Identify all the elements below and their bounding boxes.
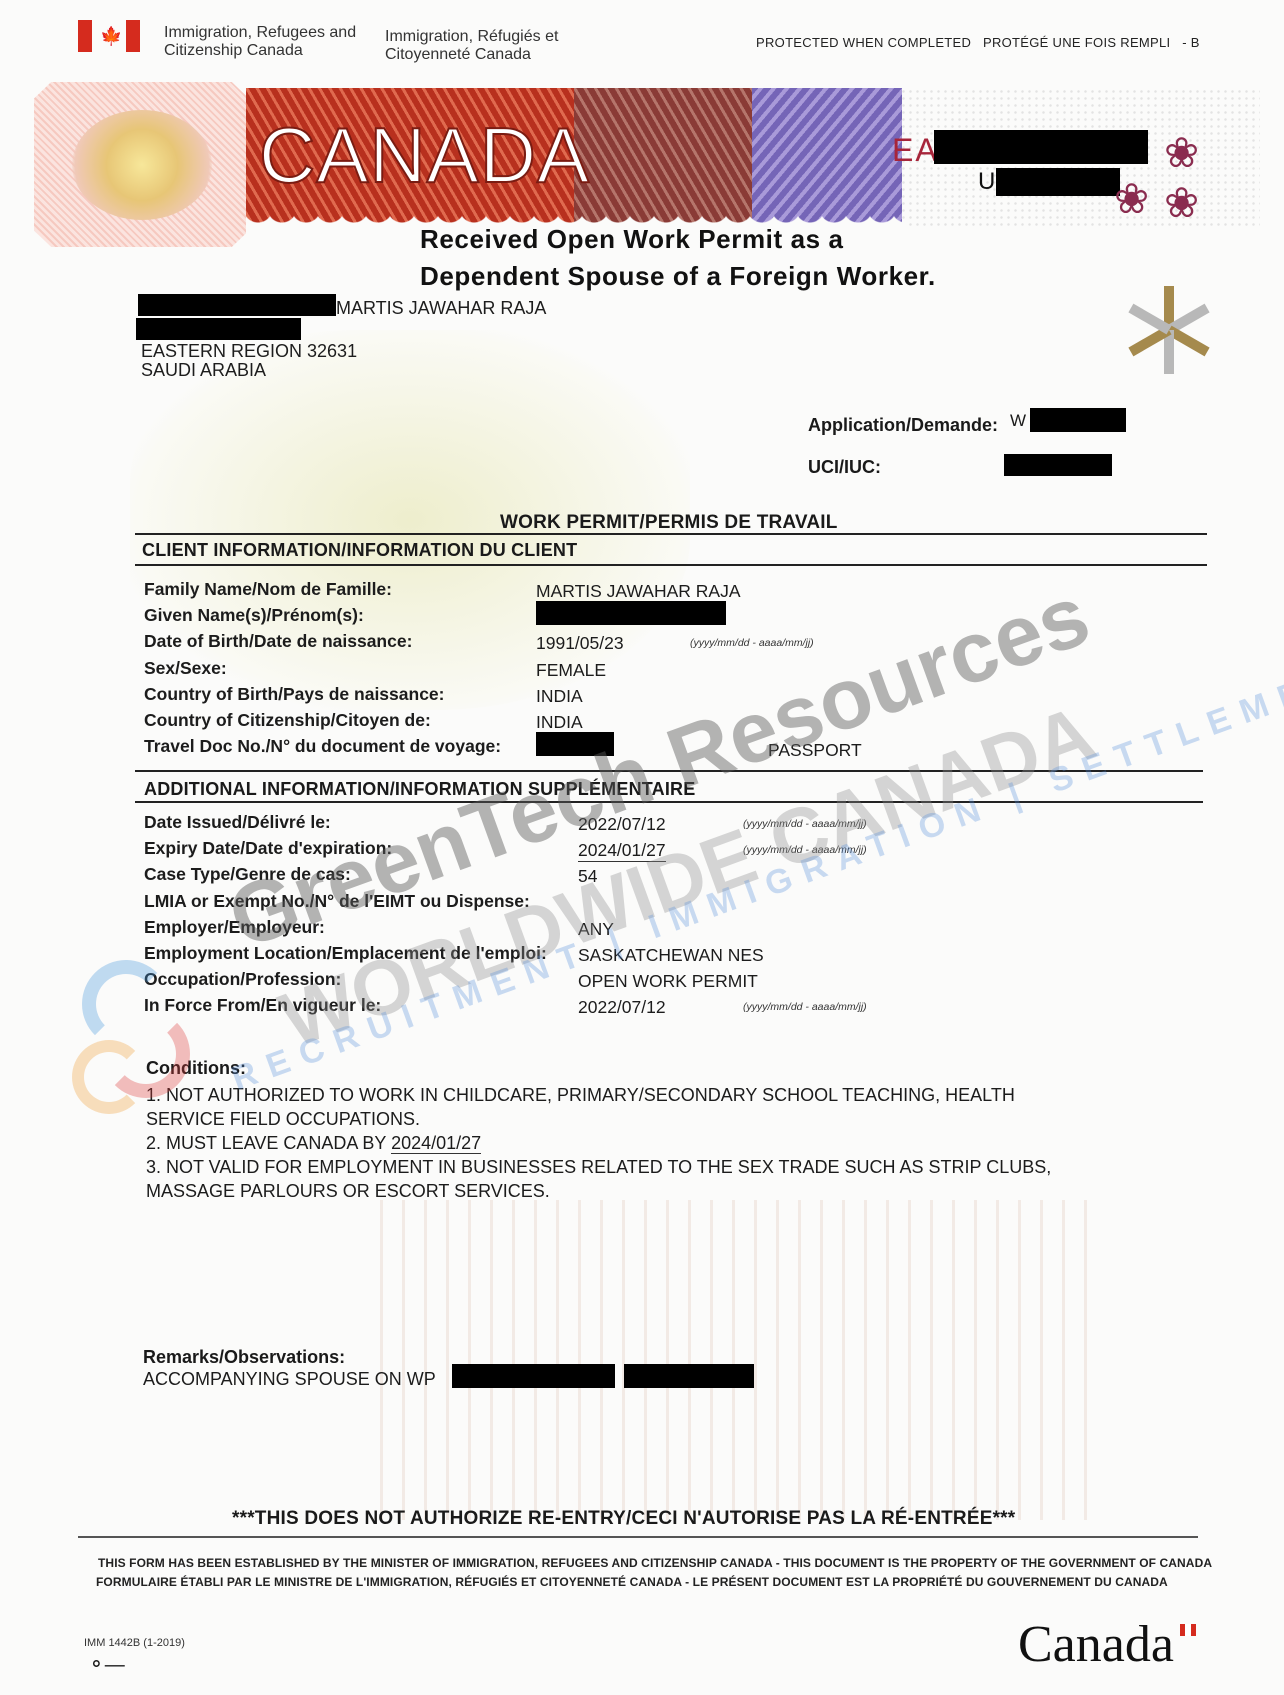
- field-value: 1991/05/23: [536, 633, 624, 654]
- field-label: LMIA or Exempt No./N° de l'EIMT ou Dispe…: [144, 891, 530, 912]
- watermark-logo: [72, 960, 192, 1110]
- redacted-value: [536, 601, 726, 625]
- work-permit-document: 🍁 Immigration, Refugees andCitizenship C…: [0, 0, 1284, 1695]
- application-number-label: Application/Demande:: [808, 415, 998, 436]
- redacted-application-number: [1030, 408, 1126, 432]
- date-format-hint: (yyyy/mm/dd - aaaa/mm/jj): [743, 1001, 867, 1013]
- coat-of-arms-emblem: [34, 82, 249, 247]
- address-region: EASTERN REGION 32631: [141, 341, 357, 361]
- legal-notice-fr: FORMULAIRE ÉTABLI PAR LE MINISTRE DE L'I…: [96, 1575, 1168, 1589]
- redacted-given-name: [138, 294, 336, 316]
- form-number: IMM 1442B (1-2019): [84, 1637, 185, 1649]
- condition-line: MASSAGE PARLOURS OR ESCORT SERVICES.: [146, 1179, 1051, 1203]
- field-label: Employment Location/Emplacement de l'emp…: [144, 943, 547, 964]
- parliament-background: [380, 1200, 1100, 1520]
- canada-flag-icon: 🍁: [78, 20, 140, 52]
- field-value: FEMALE: [536, 660, 606, 681]
- conditions-list: 1. NOT AUTHORIZED TO WORK IN CHILDCARE, …: [146, 1083, 1051, 1203]
- annotation-line-2: Dependent Spouse of a Foreign Worker.: [420, 261, 936, 292]
- address-name: MARTIS JAWAHAR RAJA: [336, 298, 546, 318]
- field-label: Date Issued/Délivré le:: [144, 812, 331, 833]
- banner-country-word: CANADA: [259, 110, 590, 201]
- redacted-wp-date: [624, 1364, 754, 1388]
- date-format-hint: (yyyy/mm/dd - aaaa/mm/jj): [690, 637, 814, 649]
- travel-doc-type: PASSPORT: [768, 740, 862, 761]
- uci-label: UCI/IUC:: [808, 457, 881, 478]
- legal-notice-en: THIS FORM HAS BEEN ESTABLISHED BY THE MI…: [98, 1556, 1212, 1570]
- field-value: INDIA: [536, 686, 583, 707]
- maple-leaf-icon: ❀: [1114, 178, 1149, 220]
- field-label: Travel Doc No./N° du document de voyage:: [144, 736, 501, 757]
- date-format-hint: (yyyy/mm/dd - aaaa/mm/jj): [743, 844, 867, 856]
- canada-wordmark: Canada: [1018, 1615, 1174, 1674]
- redacted-value: [536, 732, 614, 756]
- divider: [135, 770, 1203, 772]
- maple-leaf-icon: ❀: [1164, 182, 1199, 224]
- document-title: WORK PERMIT/PERMIS DE TRAVAIL: [500, 512, 838, 534]
- remarks-text: ACCOMPANYING SPOUSE ON WP: [143, 1367, 436, 1391]
- field-value: 2024/01/27: [578, 840, 666, 862]
- remarks-title: Remarks/Observations:: [143, 1347, 345, 1368]
- field-label: Given Name(s)/Prénom(s):: [144, 605, 364, 626]
- condition-line: SERVICE FIELD OCCUPATIONS.: [146, 1107, 1051, 1131]
- protected-notice: PROTECTED WHEN COMPLETED PROTÉGÉ UNE FOI…: [756, 35, 1200, 50]
- field-value: 54: [578, 866, 597, 887]
- redacted-uci-number: [1004, 454, 1112, 476]
- redacted-address-line: [136, 318, 301, 340]
- additional-info-section-title: ADDITIONAL INFORMATION/INFORMATION SUPPL…: [144, 779, 695, 800]
- wordmark-flag-icon: [1180, 1624, 1196, 1636]
- reentry-notice: ***THIS DOES NOT AUTHORIZE RE-ENTRY/CECI…: [232, 1508, 1015, 1530]
- divider: [135, 564, 1207, 566]
- condition-line: 3. NOT VALID FOR EMPLOYMENT IN BUSINESSE…: [146, 1155, 1051, 1179]
- field-label: Country of Birth/Pays de naissance:: [144, 684, 445, 705]
- field-value: MARTIS JAWAHAR RAJA: [536, 581, 741, 602]
- field-label: Family Name/Nom de Famille:: [144, 579, 392, 600]
- field-value: INDIA: [536, 712, 583, 733]
- field-label: Case Type/Genre de cas:: [144, 864, 351, 885]
- document-serial-number: EA: [892, 132, 939, 169]
- field-label: Sex/Sexe:: [144, 658, 227, 679]
- field-value: 2022/07/12: [578, 997, 666, 1018]
- address-country: SAUDI ARABIA: [141, 360, 266, 380]
- divider: [78, 1536, 1198, 1538]
- divider: [135, 801, 1203, 803]
- divider: [135, 533, 1207, 535]
- leave-by-date: 2024/01/27: [391, 1133, 481, 1154]
- redacted-wp-number: [452, 1364, 615, 1388]
- department-name-fr: Immigration, Réfugiés etCitoyenneté Cana…: [385, 28, 558, 64]
- client-info-section-title: CLIENT INFORMATION/INFORMATION DU CLIENT: [142, 540, 577, 561]
- security-banner: CANADA EA U ❀ ❀ ❀: [34, 82, 1260, 242]
- field-label: Country of Citizenship/Citoyen de:: [144, 710, 431, 731]
- redacted-serial-line2: [996, 168, 1120, 196]
- field-value: ANY: [578, 919, 614, 940]
- snowflake-hologram-icon: [1120, 282, 1216, 378]
- field-label: Date of Birth/Date de naissance:: [144, 631, 412, 652]
- date-format-hint: (yyyy/mm/dd - aaaa/mm/jj): [743, 818, 867, 830]
- department-name-en: Immigration, Refugees andCitizenship Can…: [164, 24, 356, 60]
- field-label: Expiry Date/Date d'expiration:: [144, 838, 392, 859]
- redacted-serial: [934, 130, 1148, 164]
- field-value: OPEN WORK PERMIT: [578, 971, 758, 992]
- field-value: 2022/07/12: [578, 814, 666, 835]
- application-number-prefix: W: [1010, 411, 1026, 431]
- condition-line: 2. MUST LEAVE CANADA BY 2024/01/27: [146, 1131, 1051, 1155]
- key-icon: ⚬—: [88, 1652, 125, 1677]
- condition-line: 1. NOT AUTHORIZED TO WORK IN CHILDCARE, …: [146, 1083, 1051, 1107]
- document-serial-line2: U: [978, 168, 995, 196]
- field-value: SASKATCHEWAN NES: [578, 945, 764, 966]
- maple-leaf-icon: ❀: [1164, 132, 1199, 174]
- field-label: Employer/Employeur:: [144, 917, 325, 938]
- annotation-line-1: Received Open Work Permit as a: [420, 224, 844, 255]
